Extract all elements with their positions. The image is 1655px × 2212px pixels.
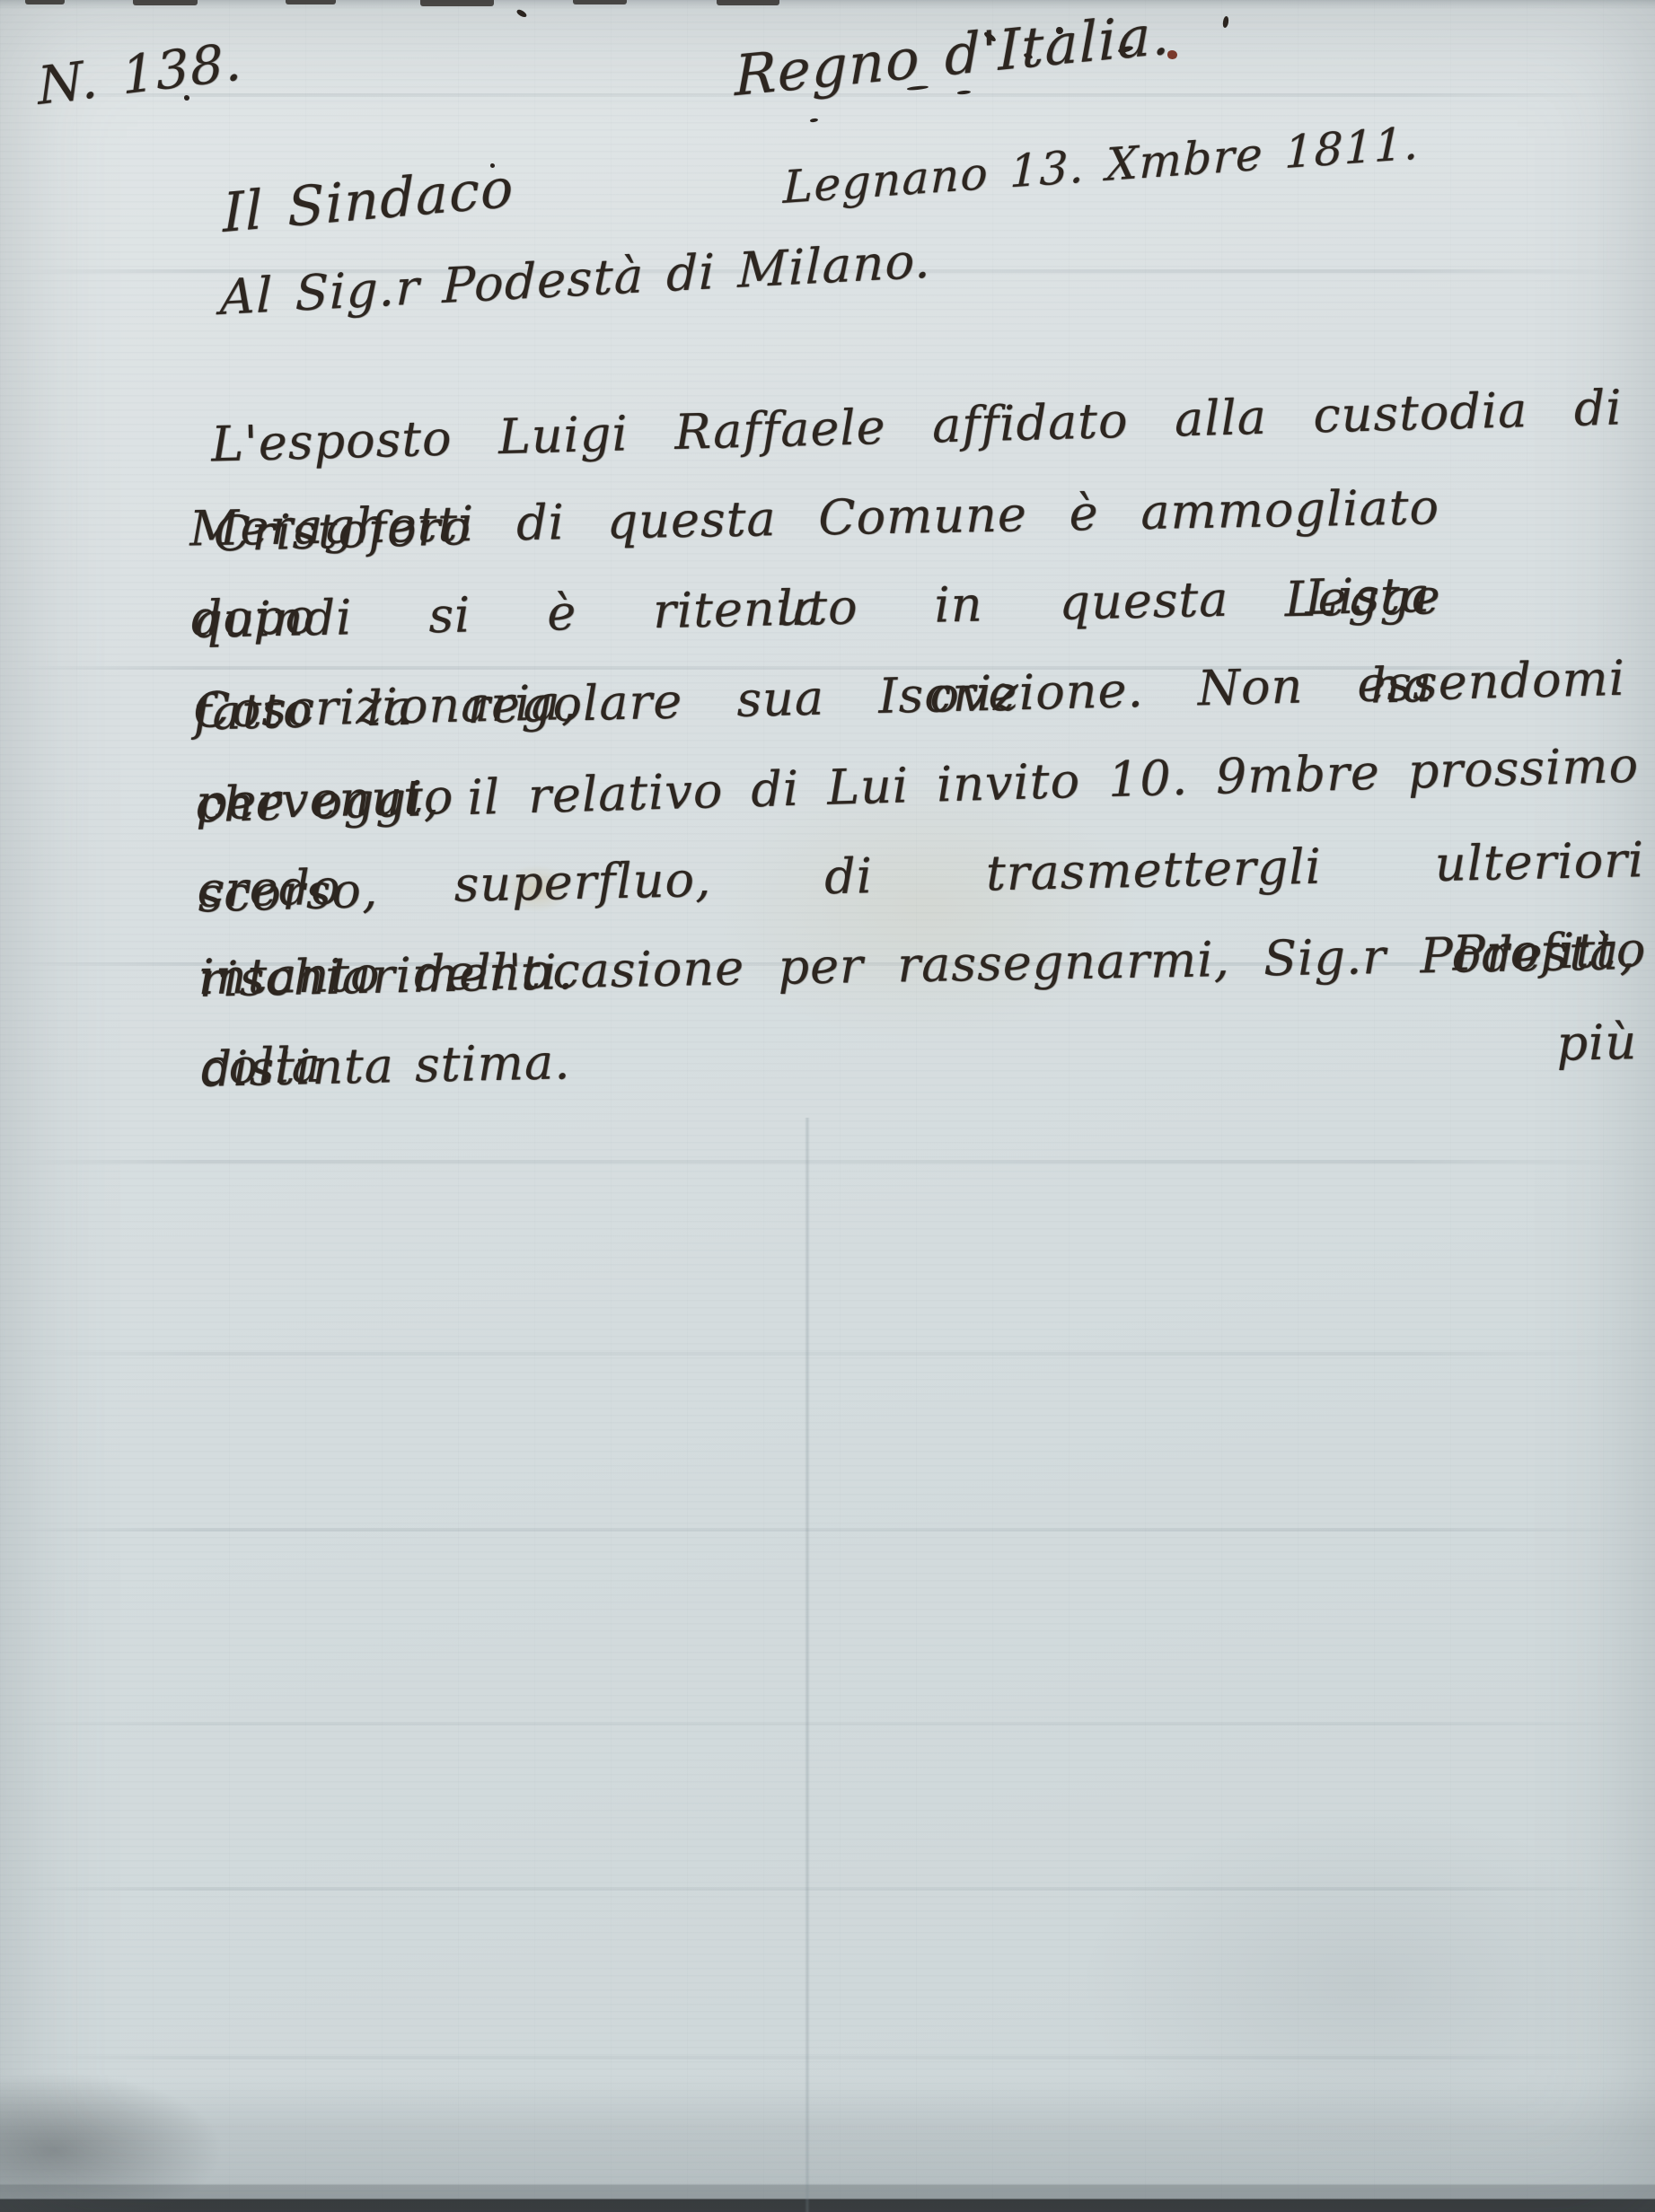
paper-crease [0,1528,1655,1532]
paper-crease [0,1722,1655,1725]
cropped-edge-mark [286,0,336,4]
cropped-edge-mark [420,0,494,6]
paper-crease [0,2056,1655,2059]
ink-speck [515,8,527,18]
cropped-edge-mark [717,0,779,5]
sender-line: Il Sindaco [222,157,515,246]
ink-speck [810,118,819,123]
letter-body: L'esposto Luigi Raffaele affidato alla c… [187,366,1640,1204]
cropped-edge-mark [25,0,65,4]
reference-number: N. 138. [36,31,243,117]
vertical-crease [805,1118,810,2212]
dateline: Legnano 13. Xmbre 1811. [782,117,1420,214]
recipient-line: Al Sig.r Podestà di Milano. [219,232,931,326]
ink-speck [1222,16,1229,29]
body-line: distinta stima. [200,1017,572,1115]
paper-crease [0,1887,1655,1891]
cropped-edge-mark [573,0,627,4]
paper-crease [0,1352,1655,1356]
document-page: N. 138. Regno d'Italia. Legnano 13. Xmbr… [0,0,1655,2212]
cropped-edge-mark [133,0,198,5]
